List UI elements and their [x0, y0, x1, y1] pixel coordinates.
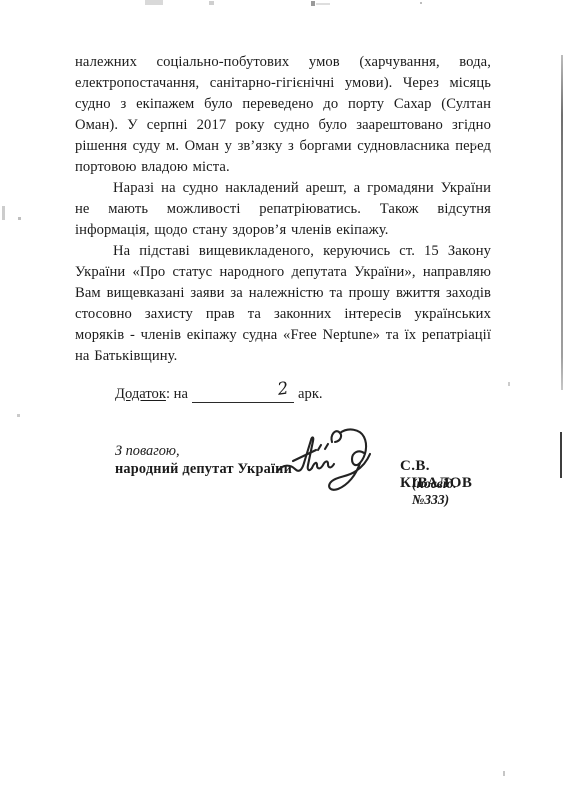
paragraph-conditions: належних соціально-побутових умов (харчу… [75, 52, 491, 178]
attachment-count-line: 2 [192, 386, 295, 403]
scan-smudge [145, 0, 163, 5]
letter-body: належних соціально-побутових умов (харчу… [75, 52, 491, 561]
scan-speck [17, 414, 20, 417]
attachment-label: Додаток [115, 386, 166, 402]
paragraph-request: На підставі вищевикладеного, керуючись с… [75, 241, 491, 367]
closing-salutation: З повагою, [115, 443, 180, 460]
signature-block: З повагою, народний депутат України С.В.… [75, 431, 491, 561]
signer-credential: (посвід.№333) [412, 476, 491, 508]
attachment-suffix: арк. [294, 386, 322, 402]
scan-edge-line [561, 55, 563, 390]
attachment-middle-text: : на [166, 386, 192, 402]
scan-smudge [316, 3, 330, 5]
handwritten-signature-icon [271, 425, 379, 499]
scan-smudge [311, 1, 315, 6]
scan-speck [420, 2, 422, 4]
scan-mark-left [2, 206, 5, 220]
scan-speck [18, 217, 21, 220]
scan-edge-dark-segment [560, 432, 562, 478]
scan-smudge [209, 1, 214, 5]
paragraph-arrest-status: Наразі на судно накладений арешт, а гром… [75, 178, 491, 241]
attachment-line: Додаток: на 2 арк. [75, 383, 491, 405]
signer-title: народний депутат України [115, 461, 292, 478]
scanned-letter-page: належних соціально-побутових умов (харчу… [0, 0, 564, 800]
scan-speck [508, 382, 510, 386]
scan-speck [503, 771, 505, 776]
handwritten-page-count: 2 [237, 382, 289, 404]
